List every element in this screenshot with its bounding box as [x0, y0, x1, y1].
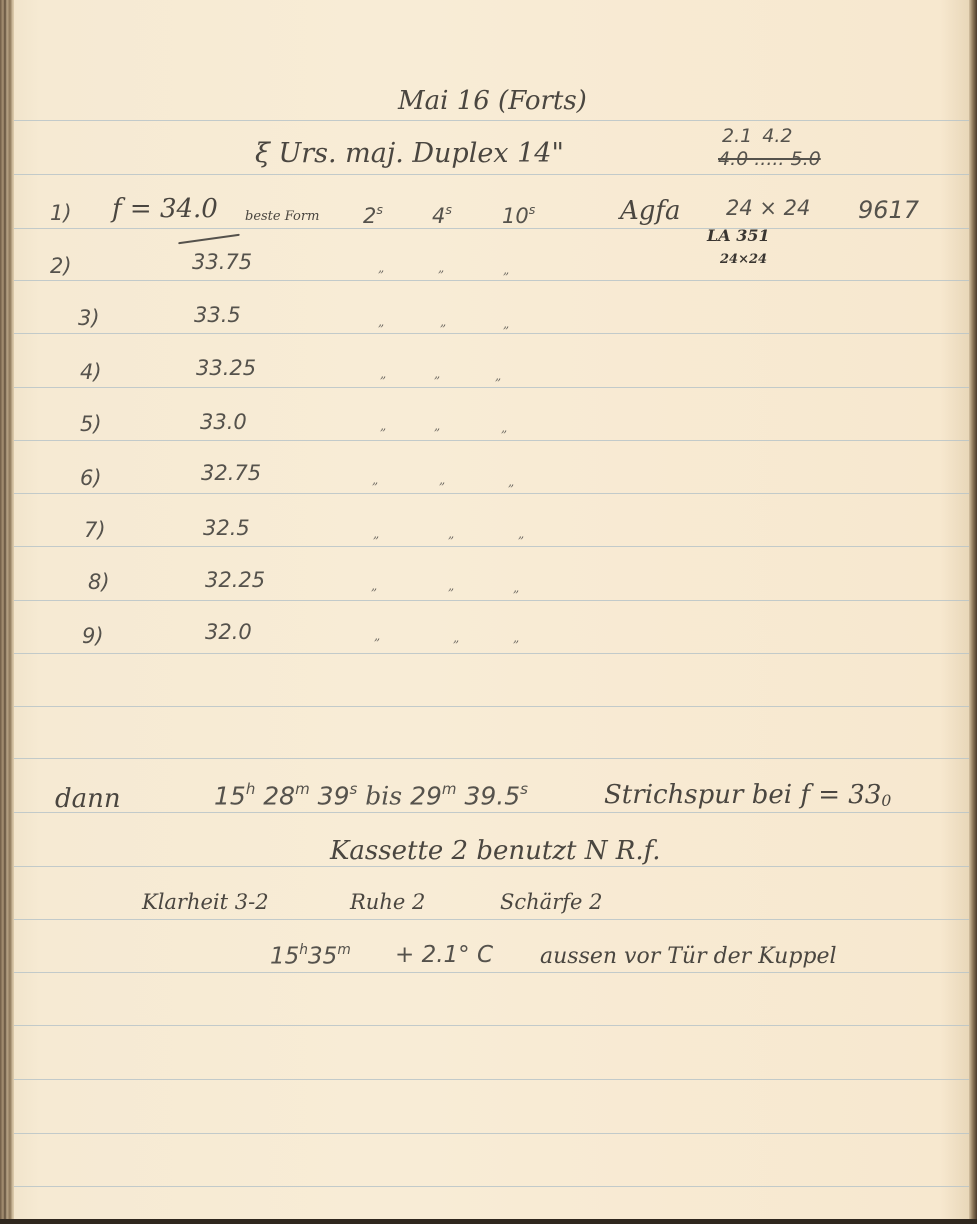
ditto-mark: „ — [372, 474, 378, 486]
row-index: 8) — [88, 572, 110, 593]
ditto-mark: „ — [501, 422, 507, 434]
ditto-mark: „ — [518, 528, 524, 540]
row-index: 9) — [82, 626, 104, 647]
row-f-value: 33.5 — [194, 305, 241, 326]
rule-line — [14, 280, 969, 281]
ditto-mark: „ — [448, 528, 454, 540]
row-f-value: 32.25 — [205, 570, 265, 591]
page-right-edge — [969, 0, 977, 1224]
rule-line — [14, 706, 969, 707]
exposure-header-2s: 2s — [363, 204, 383, 227]
rule-line — [14, 1133, 969, 1134]
row-f-value: 33.75 — [192, 252, 252, 273]
rule-line — [14, 653, 969, 654]
row-index: 6) — [80, 468, 102, 489]
note-temp-time: 15h35m — [270, 944, 351, 969]
ditto-mark: „ — [513, 582, 519, 594]
ditto-mark: „ — [503, 264, 509, 276]
row-f-value: 32.75 — [201, 463, 261, 484]
ditto-mark: „ — [434, 420, 440, 432]
rule-line — [14, 1186, 969, 1187]
row-index: 4) — [80, 362, 102, 383]
ditto-mark: „ — [508, 476, 514, 488]
exposure-corrected: 2.1 4.2 — [722, 127, 792, 146]
rule-line — [14, 120, 969, 121]
rule-line — [14, 493, 969, 494]
object-line: ξ Urs. maj. Duplex 14" — [255, 140, 564, 167]
row-index: 2) — [50, 256, 72, 277]
ditto-mark: „ — [453, 632, 459, 644]
rule-line — [14, 1079, 969, 1080]
ditto-mark: „ — [380, 368, 386, 380]
ditto-mark: „ — [438, 262, 444, 274]
underline-stroke — [178, 234, 240, 245]
rule-line — [14, 919, 969, 920]
row-index: 5) — [80, 414, 102, 435]
best-form-note: beste Form — [245, 210, 319, 223]
ditto-mark: „ — [374, 630, 380, 642]
alt-plate: LA 351 — [707, 228, 770, 244]
plate-size: 24 × 24 — [726, 198, 810, 219]
rule-line — [14, 174, 969, 175]
ditto-mark: „ — [378, 262, 384, 274]
note-klarheit: Klarheit 3-2 — [142, 892, 269, 913]
alt-plate-size: 24×24 — [720, 253, 767, 266]
exposure-header-10s: 10s — [502, 204, 535, 227]
rule-line — [14, 972, 969, 973]
rule-line — [14, 1025, 969, 1026]
rule-line — [14, 546, 969, 547]
ditto-mark: „ — [440, 316, 446, 328]
plate-brand: Agfa — [620, 198, 681, 224]
ditto-mark: „ — [380, 420, 386, 432]
row-index: 7) — [84, 520, 106, 541]
notebook-binding — [0, 0, 14, 1224]
row-index: 3) — [78, 308, 100, 329]
note-temperature: + 2.1° C — [395, 944, 493, 967]
ditto-mark: „ — [434, 368, 440, 380]
row-index: 1) — [50, 203, 72, 224]
note-ruhe: Ruhe 2 — [350, 892, 425, 913]
rule-line — [14, 812, 969, 813]
ditto-mark: „ — [371, 580, 377, 592]
notebook-page: Mai 16 (Forts) ξ Urs. maj. Duplex 14" 2.… — [0, 0, 977, 1224]
ditto-mark: „ — [495, 370, 501, 382]
row-f-value: 32.0 — [205, 622, 252, 643]
note-schaerfe: Schärfe 2 — [500, 892, 602, 913]
ditto-mark: „ — [378, 316, 384, 328]
rule-line — [14, 758, 969, 759]
note-dann-line: dann — [55, 786, 121, 812]
ditto-mark: „ — [373, 528, 379, 540]
row-f-value: f = 34.0 — [112, 196, 218, 222]
rule-line — [14, 333, 969, 334]
exposure-struck: 4.0 ..... 5.0 — [718, 150, 821, 169]
page-title: Mai 16 (Forts) — [398, 88, 587, 114]
rule-line — [14, 440, 969, 441]
plate-number: 9617 — [858, 198, 919, 222]
page-bottom-edge — [0, 1219, 977, 1224]
ditto-mark: „ — [513, 632, 519, 644]
ditto-mark: „ — [448, 580, 454, 592]
exposure-header-4s: 4s — [432, 204, 452, 227]
note-time-range: 15h 28m 39s bis 29m 39.5s — [214, 782, 528, 809]
rule-line — [14, 387, 969, 388]
row-f-value: 32.5 — [203, 518, 250, 539]
ditto-mark: „ — [439, 474, 445, 486]
ditto-mark: „ — [503, 318, 509, 330]
row-f-value: 33.0 — [200, 412, 247, 433]
rule-line — [14, 228, 969, 229]
rule-line — [14, 866, 969, 867]
note-trail: Strichspur bei f = 330 — [604, 782, 891, 810]
rule-line — [14, 600, 969, 601]
row-f-value: 33.25 — [196, 358, 256, 379]
note-cassette: Kassette 2 benutzt N R.f. — [330, 838, 661, 864]
note-location: aussen vor Tür der Kuppel — [540, 946, 837, 968]
